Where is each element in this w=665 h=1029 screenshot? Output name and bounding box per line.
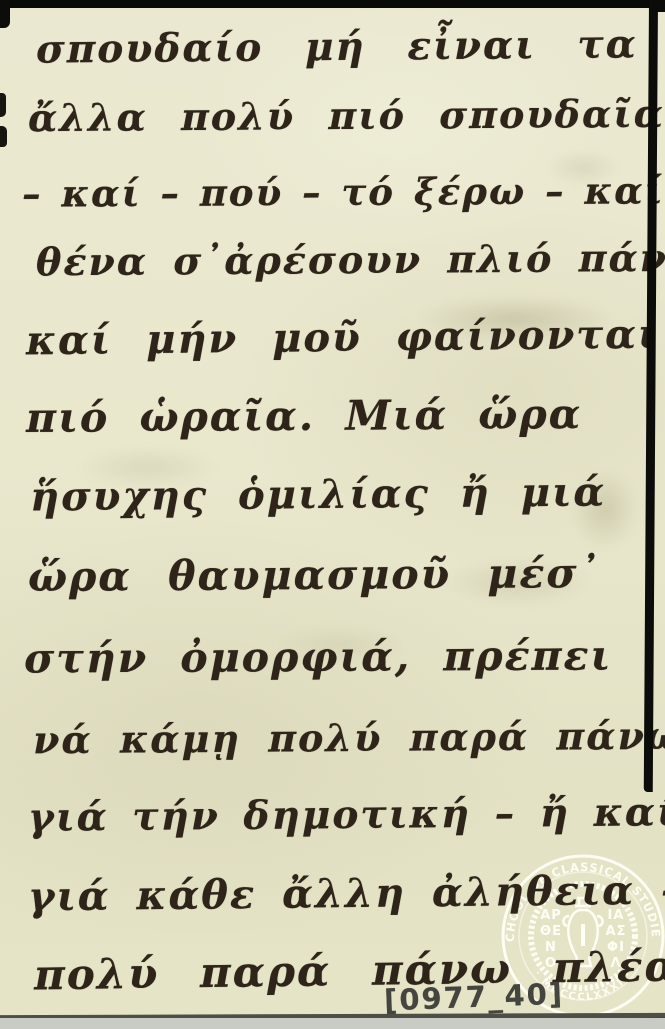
scanned-manuscript-page: AMERICAN SCHOOL OF CLASSICAL STUDIES AT … bbox=[0, 0, 665, 1029]
catalog-number-label: [0977_40] bbox=[383, 977, 564, 1018]
scan-edge-corner bbox=[652, 0, 665, 12]
handwriting-line: ἥσυχης ὁμιλίας ἤ μιά bbox=[30, 468, 607, 520]
handwriting-line: νά κάμῃ πολύ παρά πάνω bbox=[33, 713, 665, 763]
handwriting-line: – καί – πού – τό ξέρω – καί bbox=[22, 168, 665, 215]
handwriting-line: στήν ὀμορφιά, πρέπει bbox=[24, 631, 613, 682]
edge-ink-mark bbox=[0, 126, 7, 147]
scan-bottom-strip bbox=[0, 1018, 665, 1029]
handwriting-line: καί μήν μοῦ φαίνονται bbox=[26, 311, 660, 365]
handwriting-line: πιό ὡραῖα. Μιά ὥρα bbox=[26, 390, 582, 442]
scan-edge-top bbox=[0, 0, 665, 8]
handwriting-line: γιά κάθε ἄλλη ἀλήθεια – bbox=[28, 867, 665, 921]
handwriting-line: σπουδαίο μή εἶναι τα bbox=[36, 21, 638, 72]
handwriting-line: ἄλλα πολύ πιό σπουδαῖα bbox=[28, 91, 665, 140]
handwriting-line: γιά τήν δημοτική – ἤ καί bbox=[28, 789, 665, 841]
handwriting-line: θένα σ᾽ἀρέσουν πλιό πάνω bbox=[36, 235, 665, 285]
edge-ink-mark bbox=[0, 93, 6, 117]
scan-edge-corner bbox=[0, 0, 10, 28]
handwriting-line: πολύ παρά πάνω πλέα bbox=[34, 942, 665, 1000]
handwriting-line: ὥρα θαυμασμοῦ μέσ᾽ bbox=[28, 549, 601, 601]
